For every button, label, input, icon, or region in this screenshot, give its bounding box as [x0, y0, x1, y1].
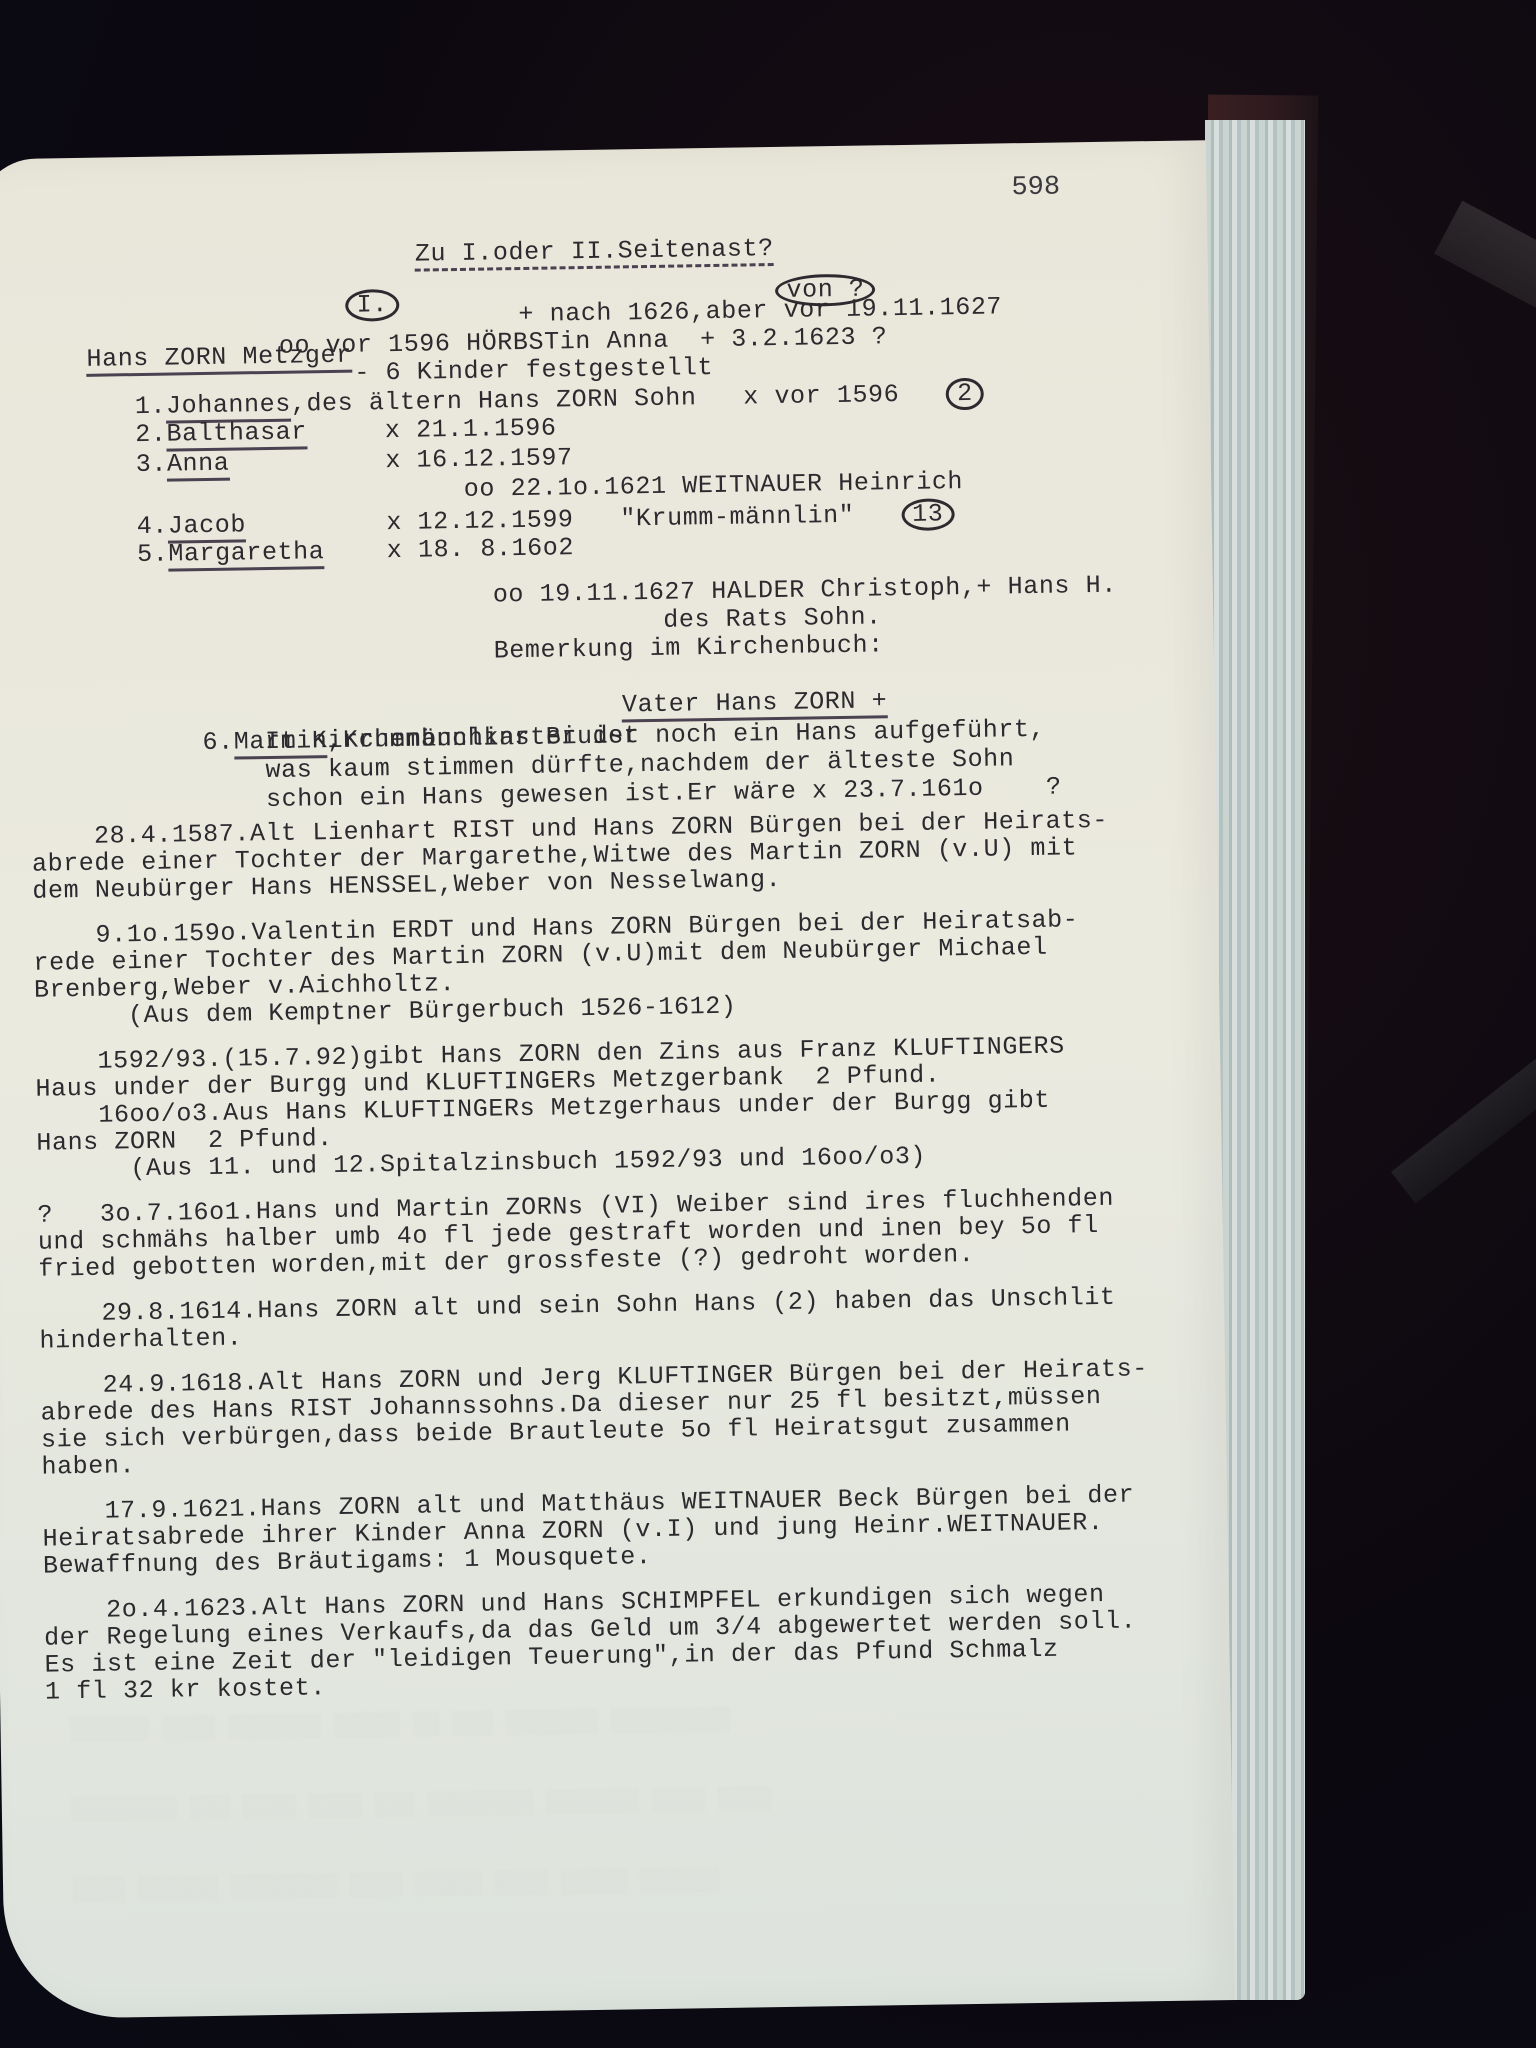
entry-line: haben.	[41, 1452, 135, 1481]
child-entry: 5.Margaretha x 18. 8.16o2	[137, 534, 574, 569]
record-entries: 28.4.1587.Alt Lienhart RIST und Hans ZOR…	[0, 140, 1206, 159]
reference-circle: 13	[901, 498, 955, 531]
bleed-through-text: ░░░░░░░░ ░░░ ░░░░ ░░░░ ░░░ ░░░░░░░░ ░░░░…	[72, 1787, 772, 1823]
reference-circle: 2	[946, 378, 984, 411]
children-list: 1.Johannes,des ältern Hans ZORN Sohn x v…	[0, 140, 1206, 159]
child-name: Balthasar	[166, 417, 307, 451]
martin-note: Im Kirchenbuchkartei ist noch ein Hans a…	[0, 140, 1206, 159]
bleed-through-text: ░░░░░░ ░░░░ ░░░░░░░ ░░░░░ ░░ ░░░ ░░░░░░░…	[70, 1708, 730, 1743]
bleed-through-text: ░░░░ ░░░░░░ ░░░░░░░░ ░░░░ ░░░░░ ░░░░ ░░░…	[73, 1868, 720, 1903]
branch-marker-left: I.	[345, 289, 399, 322]
entry-line: 1 fl 32 kr kostet.	[45, 1674, 326, 1706]
entry-line: 29.8.1614.Hans ZORN alt und sein Sohn Ha…	[39, 1284, 1116, 1329]
background-object	[1391, 1037, 1536, 1204]
background-object	[1434, 201, 1536, 320]
child-name: Margaretha	[168, 537, 325, 571]
child-name: Anna	[167, 449, 230, 482]
book-page: ░░░░░░ ░░░░ ░░░░░░░ ░░░░░ ░░ ░░░ ░░░░░░░…	[0, 140, 1235, 2019]
page-number: 598	[1011, 173, 1060, 204]
entry-line: hinderhalten.	[39, 1324, 242, 1355]
